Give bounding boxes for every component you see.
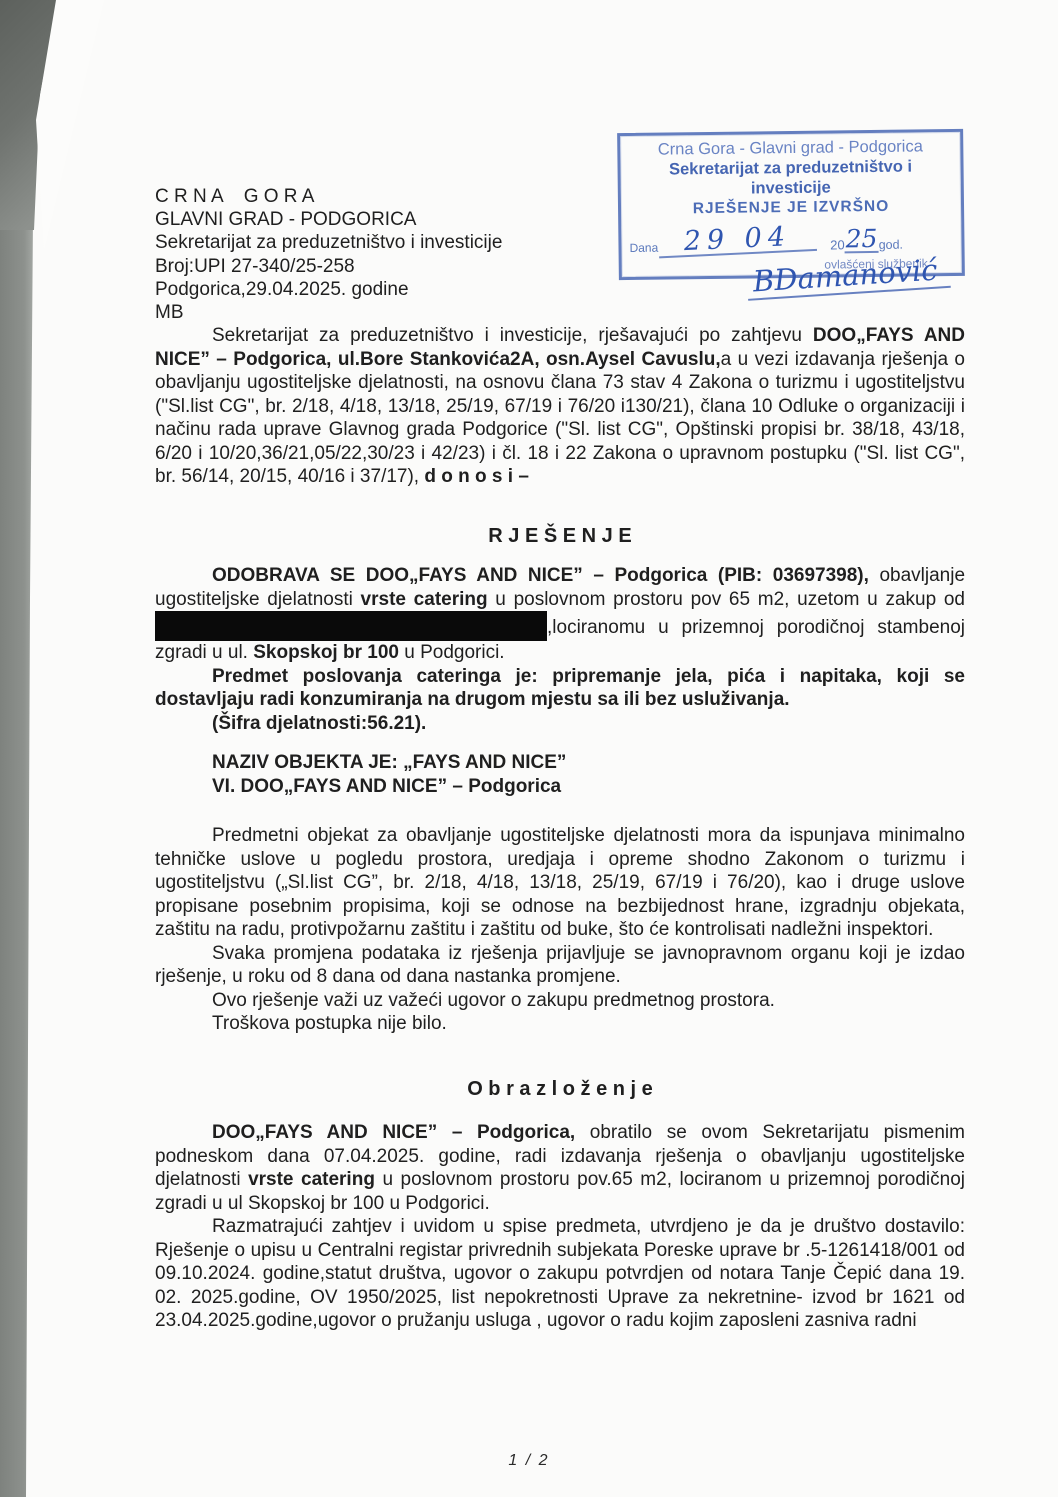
redaction-bar <box>155 611 547 641</box>
lease-validity-paragraph: Ovo rješenje važi uz važeći ugovor o zak… <box>155 989 965 1013</box>
explanation-paragraph-1: DOO„FAYS AND NICE” – Podgorica, obratilo… <box>155 1121 965 1215</box>
facility-name: NAZIV OBJEKTA JE: „FAYS AND NICE” <box>155 751 965 775</box>
decision-title: R J E Š E N J E <box>155 525 965 549</box>
intro-donosi: d o n o s i – <box>424 466 529 487</box>
document-page: C R N A G O R A GLAVNI GRAD - PODGORICA … <box>155 0 965 1333</box>
letterhead: C R N A G O R A GLAVNI GRAD - PODGORICA … <box>155 0 965 324</box>
page-number: 1 / 2 <box>0 1452 1058 1470</box>
letterhead-department: Sekretarijat za preduzetništvo i investi… <box>155 231 965 254</box>
approval-text-4: u Podgorici. <box>399 642 505 663</box>
explanation-title: O b r a z l o ž e n j e <box>155 1078 965 1102</box>
costs-paragraph: Troškova postupka nije bilo. <box>155 1012 965 1036</box>
activity-code: (Šifra djelatnosti:56.21). <box>155 712 965 736</box>
letterhead-place-date: Podgorica,29.04.2025. godine <box>155 278 965 301</box>
letterhead-initials: MB <box>155 301 965 324</box>
letterhead-city: GLAVNI GRAD - PODGORICA <box>155 208 965 231</box>
letterhead-country: C R N A G O R A <box>155 185 965 208</box>
letterhead-case-number: Broj:UPI 27-340/25-258 <box>155 255 965 278</box>
explanation-company-bold: DOO„FAYS AND NICE” – Podgorica, <box>212 1122 575 1143</box>
explanation-catering-bold: vrste catering <box>248 1169 375 1190</box>
business-subject-paragraph: Predmet poslovanja cateringa je: priprem… <box>155 665 965 712</box>
intro-text: Sekretarijat za preduzetništvo i investi… <box>212 325 813 346</box>
approval-address-bold: Skopskoj br 100 <box>253 642 399 663</box>
explanation-paragraph-2: Razmatrajući zahtjev i uvidom u spise pr… <box>155 1215 965 1333</box>
approval-catering-bold: vrste catering <box>361 589 488 610</box>
intro-paragraph: Sekretarijat za preduzetništvo i investi… <box>155 324 965 489</box>
technical-conditions-paragraph: Predmetni objekat za obavljanje ugostite… <box>155 824 965 942</box>
approval-company-bold: ODOBRAVA SE DOO„FAYS AND NICE” – Podgori… <box>212 565 869 586</box>
facility-owner: VI. DOO„FAYS AND NICE” – Podgorica <box>155 775 965 799</box>
approval-paragraph: ODOBRAVA SE DOO„FAYS AND NICE” – Podgori… <box>155 564 965 665</box>
change-notice-paragraph: Svaka promjena podataka iz rješenja prij… <box>155 942 965 989</box>
approval-text-2: u poslovnom prostoru pov 65 m2, uzetom u… <box>488 589 965 610</box>
